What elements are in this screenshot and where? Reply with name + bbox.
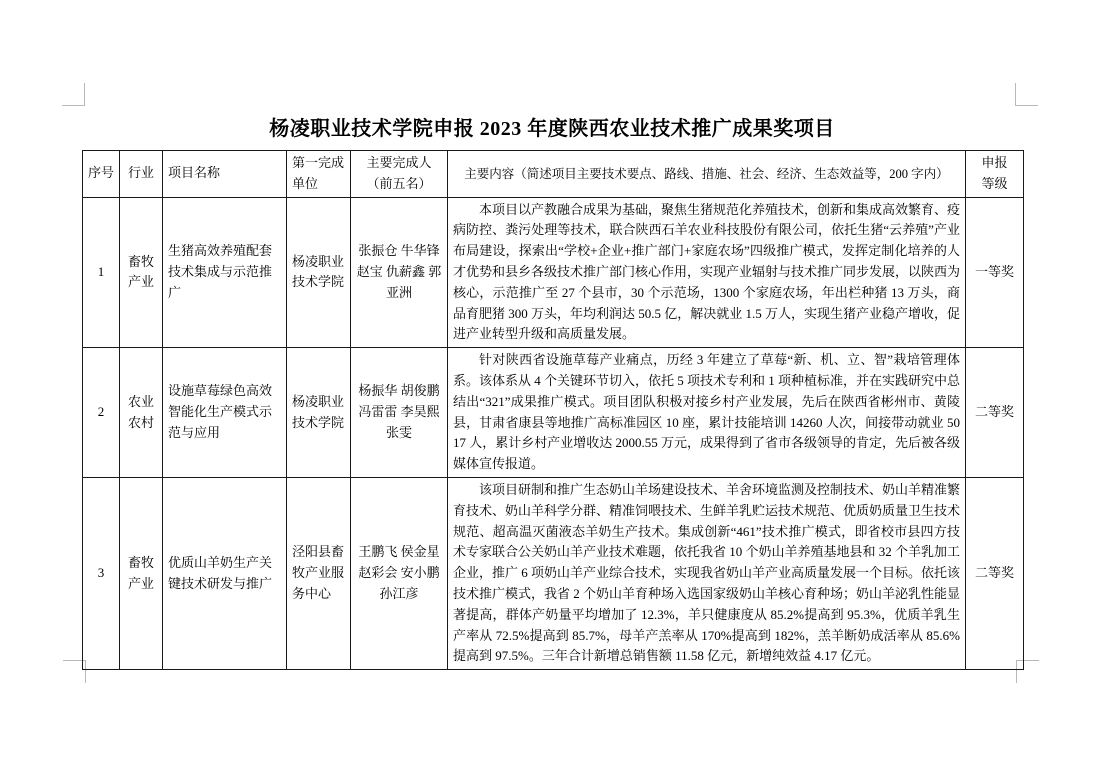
cell-no: 3: [83, 477, 120, 669]
page-title: 杨凌职业技术学院申报 2023 年度陕西农业技术推广成果奖项目: [0, 112, 1104, 141]
text-boundary-mark-top-right: [1015, 83, 1038, 106]
cell-main-content: 本项目以产教融合成果为基础，聚焦生猪规范化养殖技术，创新和集成高效繁育、疫病防控…: [448, 197, 966, 348]
main-content-paragraph: 针对陕西省设施草莓产业痛点，历经 3 年建立了草莓“新、机、立、智”栽培管理体系…: [453, 350, 960, 475]
cell-industry: 畜牧产业: [120, 197, 163, 348]
header-first-unit: 第一完成 单位: [287, 151, 351, 198]
cell-first-unit: 泾阳县畜牧产业服务中心: [287, 477, 351, 669]
cell-project-name: 设施草莓绿色高效智能化生产模式示范与应用: [163, 348, 287, 478]
cell-contributors: 王鹏飞 侯金星 赵彩会 安小鹏 孙江彦: [351, 477, 448, 669]
table-row: 2 农业农村 设施草莓绿色高效智能化生产模式示范与应用 杨凌职业技术学院 杨振华…: [83, 348, 1024, 478]
cell-no: 1: [83, 197, 120, 348]
document-page: { "title": "杨凌职业技术学院申报 2023 年度陕西农业技术推广成果…: [0, 0, 1104, 778]
cell-project-name: 生猪高效养殖配套技术集成与示范推广: [163, 197, 287, 348]
header-contributors: 主要完成人 （前五名）: [351, 151, 448, 198]
cell-no: 2: [83, 348, 120, 478]
header-industry: 行业: [120, 151, 163, 198]
cell-first-unit: 杨凌职业技术学院: [287, 197, 351, 348]
cell-industry: 农业农村: [120, 348, 163, 478]
cell-grade: 二等奖: [966, 348, 1024, 478]
cell-grade: 二等奖: [966, 477, 1024, 669]
cell-first-unit: 杨凌职业技术学院: [287, 348, 351, 478]
table-header-row: 序号 行业 项目名称 第一完成 单位 主要完成人 （前五名） 主要内容（简述项目…: [83, 151, 1024, 198]
table-row: 1 畜牧产业 生猪高效养殖配套技术集成与示范推广 杨凌职业技术学院 张振仓 牛华…: [83, 197, 1024, 348]
header-project-name: 项目名称: [163, 151, 287, 198]
cell-contributors: 杨振华 胡俊鹏 冯雷雷 李昊熙 张雯: [351, 348, 448, 478]
header-main-content: 主要内容（简述项目主要技术要点、路线、措施、社会、经济、生态效益等，200 字内…: [448, 151, 966, 198]
cell-contributors: 张振仓 牛华锋 赵宝 仇薪鑫 郭亚洲: [351, 197, 448, 348]
header-no: 序号: [83, 151, 120, 198]
header-grade: 申报 等级: [966, 151, 1024, 198]
cell-industry: 畜牧产业: [120, 477, 163, 669]
cell-main-content: 针对陕西省设施草莓产业痛点，历经 3 年建立了草莓“新、机、立、智”栽培管理体系…: [448, 348, 966, 478]
text-boundary-mark-top-left: [62, 83, 85, 106]
cell-project-name: 优质山羊奶生产关键技术研发与推广: [163, 477, 287, 669]
table-row: 3 畜牧产业 优质山羊奶生产关键技术研发与推广 泾阳县畜牧产业服务中心 王鹏飞 …: [83, 477, 1024, 669]
main-content-paragraph: 本项目以产教融合成果为基础，聚焦生猪规范化养殖技术，创新和集成高效繁育、疫病防控…: [453, 200, 960, 346]
projects-table: 序号 行业 项目名称 第一完成 单位 主要完成人 （前五名） 主要内容（简述项目…: [82, 150, 1024, 670]
cell-grade: 一等奖: [966, 197, 1024, 348]
cell-main-content: 该项目研制和推广生态奶山羊场建设技术、羊舍环境监测及控制技术、奶山羊精准繁育技术…: [448, 477, 966, 669]
main-content-paragraph: 该项目研制和推广生态奶山羊场建设技术、羊舍环境监测及控制技术、奶山羊精准繁育技术…: [453, 480, 960, 667]
